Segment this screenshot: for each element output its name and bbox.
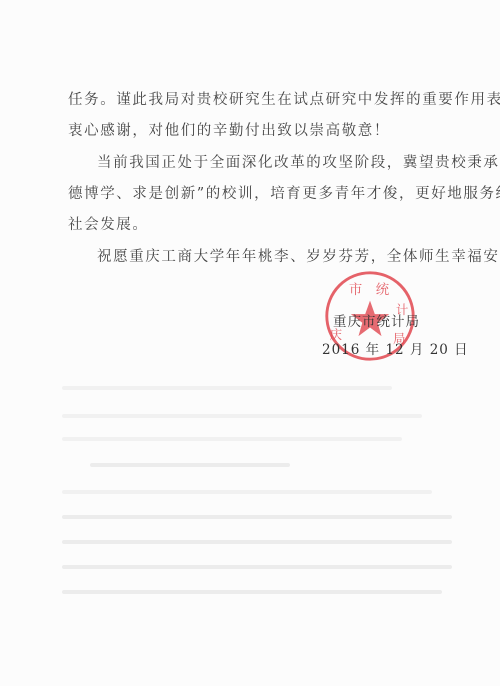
svg-text:统: 统 <box>376 282 390 298</box>
body-text-line: 任务。谨此我局对贵校研究生在试点研究中发挥的重要作用表示 <box>68 88 500 109</box>
body-text-line: 当前我国正处于全面深化改革的攻坚阶段，冀望贵校秉承“厚 <box>97 151 500 172</box>
body-text-line: 祝愿重庆工商大学年年桃李、岁岁芬芳，全体师生幸福安康！ <box>97 245 500 266</box>
body-text-line: 衷心感谢，对他们的辛勤付出致以崇高敬意！ <box>68 119 390 140</box>
issue-date: 2016 年 12 月 20 日 <box>322 338 469 358</box>
issuing-organization: 重庆市统计局 <box>333 310 420 330</box>
svg-text:市: 市 <box>349 282 362 298</box>
body-text-line: 德博学、求是创新”的校训，培育更多青年才俊，更好地服务经济 <box>68 182 500 203</box>
document-page: 任务。谨此我局对贵校研究生在试点研究中发挥的重要作用表示 衷心感谢，对他们的辛勤… <box>0 0 500 686</box>
body-text-line: 社会发展。 <box>68 213 149 234</box>
